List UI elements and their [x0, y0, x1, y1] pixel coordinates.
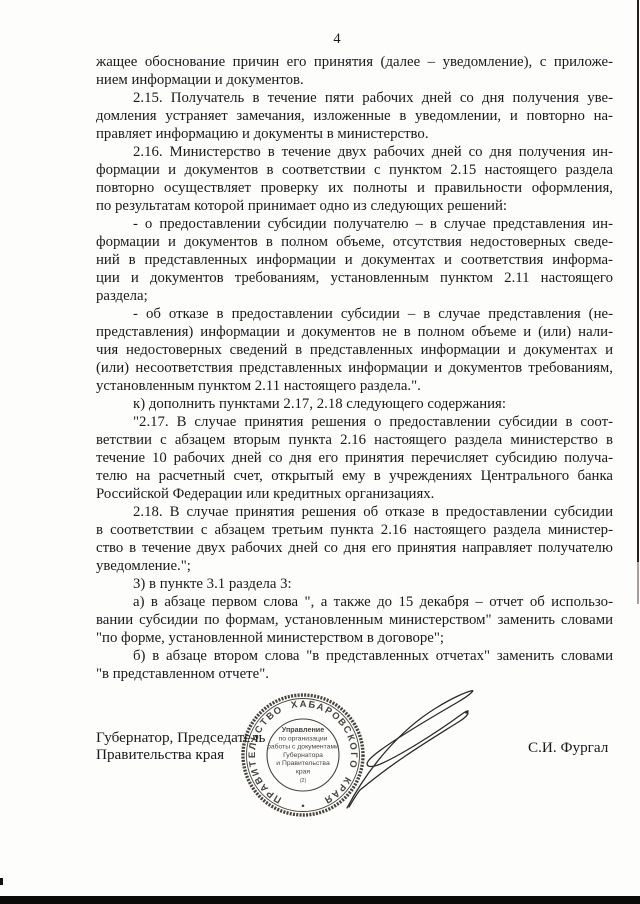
text-line: домления устраняет замечания, изложенные… [96, 107, 613, 125]
text-line: по результатам которой принимает одно из… [96, 197, 613, 215]
text-line: раздела; [96, 287, 613, 305]
text-line: - об отказе в предоставлении субсидии – … [96, 305, 613, 323]
text-line: в соответствии с абзацем третьим пункта … [96, 521, 613, 539]
text-line: ство в течение двух рабочих дней со дня … [96, 539, 613, 557]
text-line: жащее обоснование причин его принятия (д… [96, 53, 613, 71]
stamp-center-text: Управлениепо организацииработы с докумен… [267, 725, 339, 784]
text-line: установленным пунктом 2.11 настоящего ра… [96, 377, 613, 395]
text-line: "2.17. В случае принятия решения о предо… [96, 413, 613, 431]
text-line: формации и документов в полном объеме, о… [96, 233, 613, 251]
text-line: чия недостоверных сведений в представлен… [96, 341, 613, 359]
text-line: правляет информацию и документы в минист… [96, 125, 613, 143]
text-line: а) в абзаце первом слова ", а также до 1… [96, 593, 613, 611]
text-line: к) дополнить пунктами 2.17, 2.18 следующ… [96, 395, 613, 413]
svg-text:работы с документами: работы с документами [267, 743, 339, 751]
svg-text:края: края [296, 769, 311, 776]
text-line: - о предоставлении субсидии получателю –… [96, 215, 613, 233]
scan-artifact-bottom-edge [0, 896, 640, 904]
text-line: течение 10 рабочих дней со дня его приня… [96, 449, 613, 467]
svg-text:по организации: по организации [279, 735, 328, 742]
text-line: ции и документов требованиям, установлен… [96, 269, 613, 287]
text-line: 2.18. В случае принятия решения об отказ… [96, 503, 613, 521]
text-line: 2.16. Министерство в течение двух рабочи… [96, 143, 613, 161]
scan-artifact-right-edge-faint [637, 562, 639, 604]
text-line: вании субсидии по формам, установленным … [96, 611, 613, 629]
svg-text:Е: Е [247, 752, 258, 758]
svg-text:Т: Т [247, 760, 259, 768]
text-line: ветствии с абзацем вторым пункта 2.16 на… [96, 431, 613, 449]
document-body: жащее обоснование причин его принятия (д… [96, 53, 613, 683]
text-line: Российской Федерации или кредитных орган… [96, 485, 613, 503]
text-line: 2.15. Получатель в течение пяти рабочих … [96, 89, 613, 107]
text-line: (или) несоответствия представленных инфо… [96, 359, 613, 377]
page-number: 4 [327, 31, 347, 48]
document-page: 4 жащее обоснование причин его принятия … [0, 0, 640, 904]
text-line: представления) информации и документов н… [96, 323, 613, 341]
text-line: уведомление."; [96, 557, 613, 575]
svg-text:Управление: Управление [282, 725, 324, 734]
text-line: ний в представленных информации и докуме… [96, 251, 613, 269]
text-line: 3) в пункте 3.1 раздела 3: [96, 575, 613, 593]
scan-artifact-right-edge [637, 0, 639, 562]
text-line: формации и документов в соответствии с п… [96, 161, 613, 179]
text-line: б) в абзаце втором слова "в представленн… [96, 647, 613, 665]
text-line: нием информации и документов. [96, 71, 613, 89]
text-line: повторно осуществляет проверку их полнот… [96, 179, 613, 197]
scan-artifact-left-speck [0, 878, 3, 885]
signature-stroke [349, 713, 468, 807]
signatory-name: С.И. Фургал [528, 739, 608, 757]
svg-text:•: • [301, 800, 305, 811]
text-line: телю на расчетный счет, открытый ему в у… [96, 467, 613, 485]
svg-text:(2): (2) [300, 778, 307, 784]
svg-text:Х: Х [290, 699, 299, 711]
handwritten-signature [330, 678, 495, 823]
svg-text:и Правительства: и Правительства [276, 760, 330, 767]
text-line: "по форме, установленной министерством в… [96, 629, 613, 647]
svg-text:Губернатора: Губернатора [283, 751, 323, 759]
svg-text:И: И [249, 767, 262, 777]
svg-text:А: А [300, 699, 307, 710]
